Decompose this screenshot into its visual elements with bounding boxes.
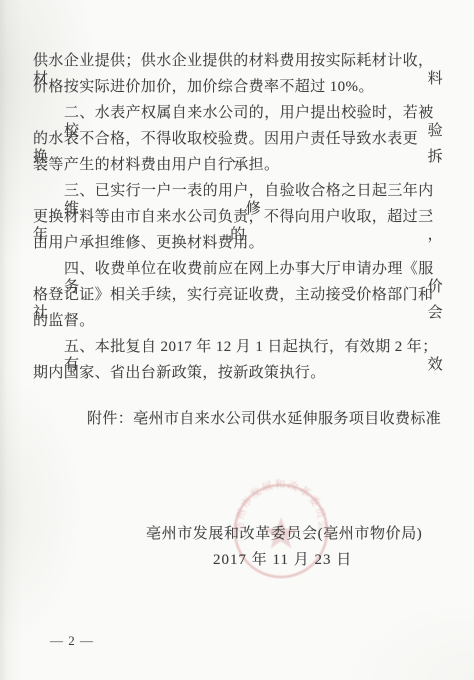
scanned-document-page: 亳州市发展和改革委员会 供水企业提供；供水企业提供的材料费用按实际耗材计收，材料… (0, 0, 474, 680)
page-number: — 2 — (50, 633, 94, 649)
signature-date: 2017 年 11 月 23 日 (213, 551, 352, 569)
signature-organization: 亳州市发展和改革委员会(亳州市物价局) (146, 525, 422, 543)
body-line: 由用户承担维修、更换材料费用。 (33, 234, 264, 252)
body-line: 期内国家、省出台新政策，按新政策执行。 (33, 364, 326, 382)
body-line: 价格按实际进价加价，加价综合费率不超过 10%。 (33, 78, 374, 96)
body-line: 的监督。 (33, 312, 95, 330)
body-line: 装等产生的材料费由用户自行承担。 (33, 156, 279, 174)
attachment-line: 附件：亳州市自来水公司供水延伸服务项目收费标准 (87, 410, 441, 428)
